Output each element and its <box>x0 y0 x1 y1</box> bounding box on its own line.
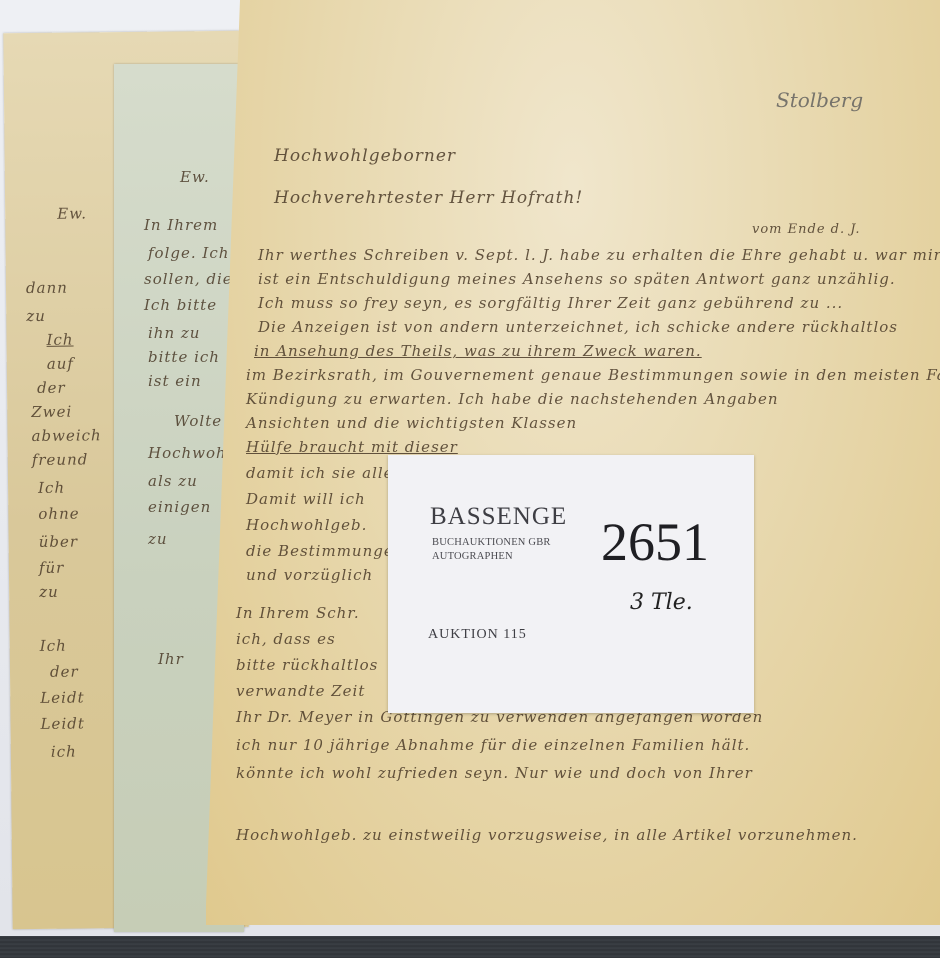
handwriting-line: Ew. <box>180 168 210 186</box>
handwriting-line: ist ein <box>148 372 202 390</box>
auction-house-subline: BUCHAUKTIONEN GBR <box>432 537 551 548</box>
handwriting-line: Zwei <box>31 403 72 421</box>
handwriting-line: Ansichten und die wichtigsten Klassen <box>246 414 577 432</box>
handwriting-line: einigen <box>148 498 211 516</box>
handwriting-line: ich <box>51 743 77 761</box>
pencil-annotation: Stolberg <box>776 88 863 112</box>
handwriting-line: ich nur 10 jährige Abnahme für die einze… <box>236 736 750 754</box>
handwriting-line: für <box>39 559 65 577</box>
salutation-line: Hochverehrtester Herr Hofrath! <box>274 188 583 208</box>
handwriting-line: über <box>39 533 78 551</box>
handwriting-line: die Bestimmungen <box>246 542 404 560</box>
lot-number: 2651 <box>601 511 709 573</box>
handwriting-line: als zu <box>148 472 198 490</box>
salutation-line: Hochwohlgeborner <box>274 146 456 166</box>
handwriting-line: folge. Ich <box>148 244 229 262</box>
handwriting-line: zu <box>26 307 46 325</box>
handwriting-line: auf <box>47 355 74 373</box>
handwriting-line: sollen, die <box>144 270 233 288</box>
handwriting-line: Ich muss so frey seyn, es sorgfältig Ihr… <box>258 294 843 312</box>
handwriting-line: Damit will ich <box>246 490 366 508</box>
handwriting-line: und vorzüglich <box>246 566 373 584</box>
handwriting-line: Leidt <box>40 714 84 732</box>
handwriting-line: Die Anzeigen ist von andern unterzeichne… <box>258 318 898 336</box>
handwriting-line: ist ein Entschuldigung meines Ansehens s… <box>258 270 896 288</box>
handwriting-line: zu <box>39 583 59 601</box>
handwriting-line: Ihr <box>158 650 184 668</box>
handwriting-line: der <box>37 379 66 397</box>
parts-note: 3 Tle. <box>630 590 693 615</box>
handwriting-line: freund <box>32 450 89 469</box>
handwriting-line: Ich <box>38 479 65 497</box>
handwriting-line: bitte rückhaltlos <box>236 656 378 674</box>
handwriting-line: dann <box>26 279 68 297</box>
handwriting-line: ich, dass es <box>236 630 336 648</box>
handwriting-line: Hochwohlgeb. zu einstweilig vorzugsweise… <box>236 826 858 844</box>
handwriting-line: zu <box>148 530 168 548</box>
auction-house-subline: AUTOGRAPHEN <box>432 551 513 562</box>
handwriting-line: verwandte Zeit <box>236 682 365 700</box>
handwriting-fragment: vom Ende d. J. <box>752 222 861 237</box>
handwriting-line: Ich <box>40 637 67 655</box>
handwriting-line: Leidt <box>40 688 84 706</box>
handwriting-line: ohne <box>38 504 79 522</box>
handwriting-line: Ew. <box>57 204 87 222</box>
auction-number: AUKTION 115 <box>428 627 527 643</box>
handwriting-line: In Ihrem <box>144 216 218 234</box>
auction-house-name: BASSENGE <box>430 503 567 531</box>
handwriting-line: Kündigung zu erwarten. Ich habe die nach… <box>246 390 779 408</box>
handwriting-line: Ihr werthes Schreiben v. Sept. l. J. hab… <box>258 246 940 264</box>
auction-lot-label: BASSENGE BUCHAUKTIONEN GBR AUTOGRAPHEN 2… <box>388 455 754 713</box>
handwriting-line: damit ich sie alle <box>246 464 394 482</box>
handwriting-line: Ich bitte <box>144 296 217 314</box>
handwriting-line: im Bezirksrath, im Gouvernement genaue B… <box>246 366 940 384</box>
handwriting-line: In Ihrem Schr. <box>236 604 360 622</box>
handwriting-line: Hülfe braucht mit dieser <box>246 438 458 456</box>
handwriting-line: der <box>50 663 79 681</box>
handwriting-line: abweich <box>31 426 101 445</box>
handwriting-line: Wolte <box>174 412 222 430</box>
handwriting-line: könnte ich wohl zufrieden seyn. Nur wie … <box>236 764 753 782</box>
handwriting-line: in Ansehung des Theils, was zu ihrem Zwe… <box>254 342 702 360</box>
handwriting-line: bitte ich <box>148 348 220 366</box>
handwriting-line: Ich <box>46 331 73 349</box>
handwriting-line: ihn zu <box>148 324 200 342</box>
table-surface-strip <box>0 936 940 958</box>
handwriting-line: Hochwohlgeb. <box>246 516 367 534</box>
